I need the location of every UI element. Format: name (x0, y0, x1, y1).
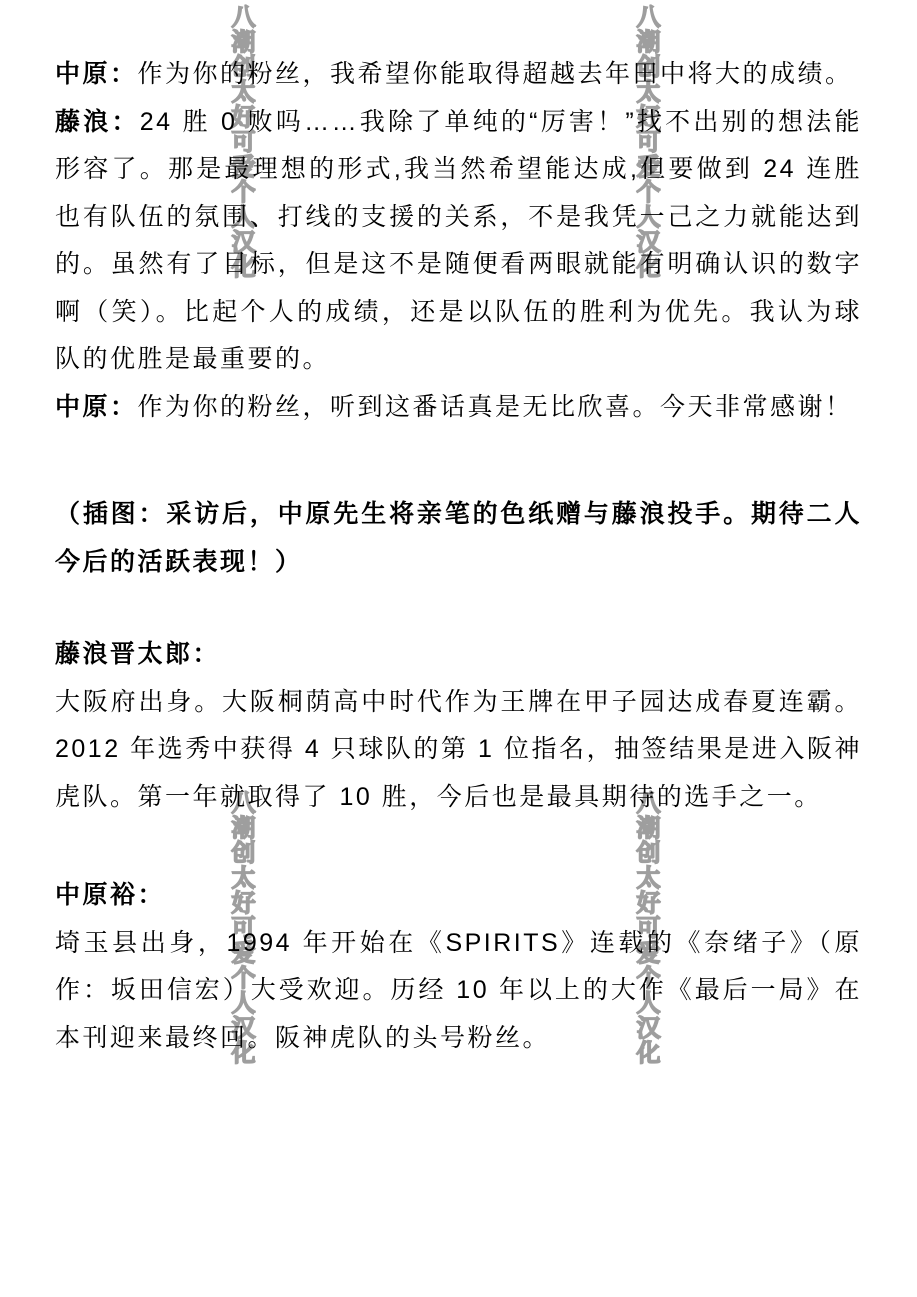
document-content: 中原：作为你的粉丝，我希望你能取得超越去年田中将大的成绩。 藤浪：24 胜 0 … (0, 0, 917, 1062)
speaker-label: 中原： (55, 393, 138, 421)
profile-bio-fujinami: 大阪府出身。大阪桐荫高中时代作为王牌在甲子园达成春夏连霸。2012 年选秀中获得… (55, 679, 862, 822)
dialogue-text: 24 胜 0 败吗……我除了单纯的“厉害！”找不出别的想法能形容了。那是最理想的… (55, 108, 862, 374)
speaker-label: 藤浪： (55, 108, 140, 136)
illustration-note: （插图：采访后，中原先生将亲笔的色纸赠与藤浪投手。期待二人今后的活跃表现！） (55, 491, 862, 586)
profile-name-fujinami: 藤浪晋太郎： (55, 631, 862, 679)
speaker-label: 中原： (55, 60, 138, 88)
dialogue-paragraph: 中原：作为你的粉丝，听到这番话真是无比欣喜。今天非常感谢！ (55, 384, 862, 432)
dialogue-paragraph: 中原：作为你的粉丝，我希望你能取得超越去年田中将大的成绩。 (55, 51, 862, 99)
dialogue-text: 作为你的粉丝，我希望你能取得超越去年田中将大的成绩。 (138, 60, 853, 88)
dialogue-paragraph: 藤浪：24 胜 0 败吗……我除了单纯的“厉害！”找不出别的想法能形容了。那是最… (55, 99, 862, 384)
document-page: 八潮创太好可爱个人汉化 八潮创太好可爱个人汉化 八潮创太好可爱个人汉化 八潮创太… (0, 0, 917, 1297)
dialogue-text: 作为你的粉丝，听到这番话真是无比欣喜。今天非常感谢！ (138, 393, 853, 421)
profile-name-nakahara: 中原裕： (55, 872, 862, 920)
profile-bio-nakahara: 埼玉县出身，1994 年开始在《SPIRITS》连载的《奈绪子》（原作：坂田信宏… (55, 920, 862, 1063)
